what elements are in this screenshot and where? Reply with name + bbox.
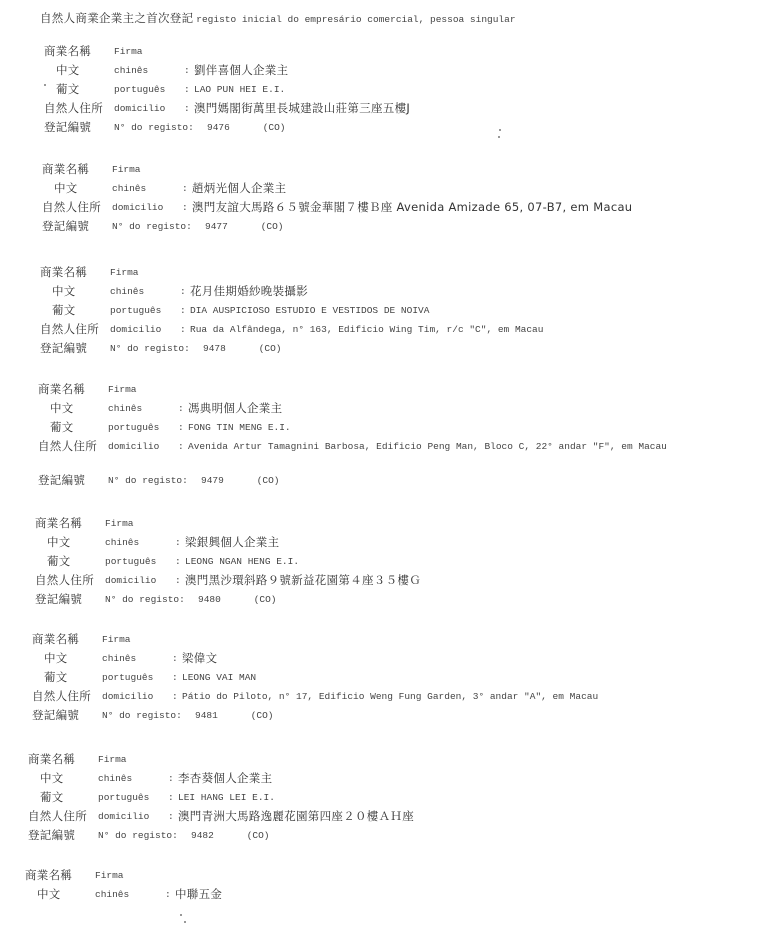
registo-value: 9477 (CO) (205, 217, 284, 236)
registo-label-zh: 登記編號 (40, 339, 87, 358)
portugues-row: 葡文 português : LEI HANG LEI E.I. (28, 788, 748, 807)
registo-label-pt: N° do registo: (105, 590, 185, 609)
portugues-label-zh: 葡文 (50, 418, 74, 437)
portugues-name-value: LEONG NGAN HENG E.I. (185, 552, 299, 571)
portugues-name-value: LAO PUN HEI E.I. (194, 80, 285, 99)
domicilio-label-pt: domicilio (105, 571, 156, 590)
registo-number: 9481 (195, 706, 245, 725)
firma-label-pt: Firma (105, 514, 134, 533)
portugues-label-zh: 葡文 (40, 788, 64, 807)
chines-row: 中文 chinês : 中聯五金 (25, 885, 745, 904)
registo-label-zh: 登記編號 (44, 118, 91, 137)
firma-heading-row: 商業名稱 Firma (44, 42, 759, 61)
chines-name-value: 花月佳期婚紗晚裝攝影 (190, 282, 308, 301)
domicilio-label-pt: domicilio (114, 99, 165, 118)
firma-label-pt: Firma (108, 380, 137, 399)
registo-suffix: (CO) (257, 475, 280, 486)
registo-value: 9481 (CO) (195, 706, 274, 725)
portugues-row: 葡文 português : DIA AUSPICIOSO ESTUDIO E … (40, 301, 759, 320)
chines-name-value: 趙炳光個人企業主 (192, 179, 286, 198)
domicilio-value: 澳門友誼大馬路６５號金華閣７樓Ｂ座 Avenida Amizade 65, 07… (192, 198, 632, 217)
firma-label-pt: Firma (112, 160, 141, 179)
registo-suffix: (CO) (261, 221, 284, 232)
firma-label-pt: Firma (95, 866, 124, 885)
firma-heading-row: 商業名稱 Firma (42, 160, 759, 179)
colon: : (180, 320, 186, 339)
portugues-name-value: FONG TIN MENG E.I. (188, 418, 291, 437)
portugues-label-pt: português (114, 80, 165, 99)
chines-label-pt: chinês (95, 885, 129, 904)
registo-label-zh: 登記編號 (35, 590, 82, 609)
domicilio-row: 自然人住所 domicilio : 澳門友誼大馬路６５號金華閣７樓Ｂ座 Aven… (42, 198, 759, 217)
portugues-name-value: LEONG VAI MAN (182, 668, 256, 687)
chines-row: 中文 chinês : 李杏葵個人企業主 (28, 769, 748, 788)
firma-heading-row: 商業名稱 Firma (32, 630, 752, 649)
domicilio-value: 澳門媽閣街萬里長城建設山莊第三座五樓J (194, 99, 410, 118)
firma-heading-row: 商業名稱 Firma (25, 866, 745, 885)
colon: : (172, 668, 178, 687)
portugues-row: 葡文 português : LEONG NGAN HENG E.I. (35, 552, 755, 571)
portugues-label-pt: português (102, 668, 153, 687)
registo-label-pt: N° do registo: (108, 471, 188, 490)
colon: : (182, 179, 188, 198)
portugues-label-pt: português (108, 418, 159, 437)
chines-label-zh: 中文 (56, 61, 80, 80)
firma-label-zh: 商業名稱 (32, 630, 79, 649)
firma-label-pt: Firma (98, 750, 127, 769)
portugues-label-pt: português (110, 301, 161, 320)
domicilio-label-pt: domicilio (98, 807, 149, 826)
registo-number: 9477 (205, 217, 255, 236)
domicilio-label-pt: domicilio (110, 320, 161, 339)
registo-row: 登記編號 N° do registo: 9477 (CO) (42, 217, 759, 236)
registo-row: 登記編號 N° do registo: 9482 (CO) (28, 826, 748, 845)
colon: : (184, 80, 190, 99)
domicilio-label-zh: 自然人住所 (32, 687, 91, 706)
chines-label-pt: chinês (114, 61, 148, 80)
colon: : (172, 687, 178, 706)
domicilio-value: Avenida Artur Tamagnini Barbosa, Edifici… (188, 439, 728, 454)
domicilio-row: 自然人住所 domicilio : Rua da Alfândega, n° 1… (40, 320, 759, 339)
portugues-name-value: LEI HANG LEI E.I. (178, 788, 275, 807)
colon: : (182, 198, 188, 217)
domicilio-label-zh: 自然人住所 (38, 437, 97, 456)
domicilio-label-zh: 自然人住所 (35, 571, 94, 590)
firma-heading-row: 商業名稱 Firma (35, 514, 755, 533)
scan-speck (180, 914, 182, 916)
colon: : (184, 99, 190, 118)
registo-label-pt: N° do registo: (112, 217, 192, 236)
registo-label-pt: N° do registo: (114, 118, 194, 137)
domicilio-label-pt: domicilio (112, 198, 163, 217)
domicilio-row: 自然人住所 domicilio : 澳門媽閣街萬里長城建設山莊第三座五樓J (44, 99, 759, 118)
portugues-label-zh: 葡文 (47, 552, 71, 571)
firma-label-zh: 商業名稱 (44, 42, 91, 61)
registo-number: 9476 (207, 118, 257, 137)
chines-label-pt: chinês (98, 769, 132, 788)
domicilio-label-zh: 自然人住所 (42, 198, 101, 217)
chines-row: 中文 chinês : 劉伴喜個人企業主 (44, 61, 759, 80)
registo-label-zh: 登記編號 (32, 706, 79, 725)
domicilio-value: 澳門青洲大馬路逸麗花園第四座２０樓ＡＨ座 (178, 807, 414, 826)
registo-row: 登記編號 N° do registo: 9480 (CO) (35, 590, 755, 609)
registry-entry: 商業名稱 Firma 中文 chinês : 中聯五金 (25, 866, 745, 904)
domicilio-value: Pátio do Piloto, n° 17, Edificio Weng Fu… (182, 687, 598, 706)
colon: : (168, 769, 174, 788)
domicilio-row: 自然人住所 domicilio : Pátio do Piloto, n° 17… (32, 687, 752, 706)
domicilio-value: Rua da Alfândega, n° 163, Edificio Wing … (190, 320, 543, 339)
chines-label-zh: 中文 (40, 769, 64, 788)
portugues-label-pt: português (105, 552, 156, 571)
chines-label-zh: 中文 (37, 885, 61, 904)
registo-label-pt: N° do registo: (98, 826, 178, 845)
registo-row: 登記編號 N° do registo: 9478 (CO) (40, 339, 759, 358)
registry-entry: 商業名稱 Firma 中文 chinês : 花月佳期婚紗晚裝攝影 葡文 por… (40, 263, 759, 358)
chines-label-pt: chinês (110, 282, 144, 301)
domicilio-label-pt: domicilio (102, 687, 153, 706)
firma-label-pt: Firma (102, 630, 131, 649)
chines-row: 中文 chinês : 趙炳光個人企業主 (42, 179, 759, 198)
scan-speck (184, 921, 186, 923)
portugues-label-zh: 葡文 (56, 80, 80, 99)
colon: : (180, 282, 186, 301)
registo-value: 9480 (CO) (198, 590, 277, 609)
colon: : (168, 807, 174, 826)
chines-label-pt: chinês (108, 399, 142, 418)
chines-label-pt: chinês (105, 533, 139, 552)
domicilio-row: 自然人住所 domicilio : 澳門青洲大馬路逸麗花園第四座２０樓ＡＨ座 (28, 807, 748, 826)
chines-label-zh: 中文 (47, 533, 71, 552)
colon: : (178, 418, 184, 437)
firma-heading-row: 商業名稱 Firma (40, 263, 759, 282)
domicilio-row: 自然人住所 domicilio : Avenida Artur Tamagnin… (38, 437, 758, 471)
colon: : (168, 788, 174, 807)
chines-name-value: 李杏葵個人企業主 (178, 769, 272, 788)
firma-label-zh: 商業名稱 (28, 750, 75, 769)
registo-number: 9480 (198, 590, 248, 609)
page-title-zh: 自然人商業企業主之首次登記 (40, 11, 193, 25)
chines-row: 中文 chinês : 梁偉文 (32, 649, 752, 668)
registry-entry: 商業名稱 Firma 中文 chinês : 李杏葵個人企業主 葡文 portu… (28, 750, 748, 845)
firma-heading-row: 商業名稱 Firma (38, 380, 758, 399)
registo-suffix: (CO) (259, 343, 282, 354)
chines-label-zh: 中文 (52, 282, 76, 301)
firma-label-zh: 商業名稱 (25, 866, 72, 885)
colon: : (180, 301, 186, 320)
registo-suffix: (CO) (247, 830, 270, 841)
firma-label-zh: 商業名稱 (35, 514, 82, 533)
registry-entry: 商業名稱 Firma 中文 chinês : 梁偉文 葡文 português … (32, 630, 752, 725)
page-title: 自然人商業企業主之首次登記 registo inicial do empresá… (40, 10, 516, 26)
colon: : (184, 61, 190, 80)
firma-label-zh: 商業名稱 (40, 263, 87, 282)
chines-row: 中文 chinês : 馮典明個人企業主 (38, 399, 758, 418)
registo-label-zh: 登記編號 (42, 217, 89, 236)
scan-speck (44, 84, 46, 86)
domicilio-label-zh: 自然人住所 (44, 99, 103, 118)
colon: : (178, 399, 184, 418)
registry-entry: 商業名稱 Firma 中文 chinês : 劉伴喜個人企業主 葡文 portu… (44, 42, 759, 137)
portugues-label-zh: 葡文 (52, 301, 76, 320)
portugues-label-pt: português (98, 788, 149, 807)
registo-suffix: (CO) (263, 122, 286, 133)
registo-label-zh: 登記編號 (38, 471, 85, 490)
chines-label-pt: chinês (112, 179, 146, 198)
colon: : (178, 437, 184, 456)
portugues-row: 葡文 português : LAO PUN HEI E.I. (44, 80, 759, 99)
chines-name-value: 中聯五金 (175, 885, 222, 904)
chines-label-pt: chinês (102, 649, 136, 668)
registo-label-pt: N° do registo: (110, 339, 190, 358)
chines-name-value: 劉伴喜個人企業主 (194, 61, 288, 80)
registo-value: 9478 (CO) (203, 339, 282, 358)
registo-row: 登記編號 N° do registo: 9479 (CO) (38, 471, 758, 490)
registry-entry: 商業名稱 Firma 中文 chinês : 梁銀興個人企業主 葡文 portu… (35, 514, 755, 609)
domicilio-label-zh: 自然人住所 (40, 320, 99, 339)
scan-speck (498, 136, 500, 138)
registo-value: 9476 (CO) (207, 118, 286, 137)
registo-number: 9482 (191, 826, 241, 845)
page-title-pt: registo inicial do empresário comercial,… (196, 14, 515, 25)
registry-entry: 商業名稱 Firma 中文 chinês : 馮典明個人企業主 葡文 portu… (38, 380, 758, 490)
registry-entry: 商業名稱 Firma 中文 chinês : 趙炳光個人企業主 自然人住所 do… (42, 160, 759, 236)
portugues-label-zh: 葡文 (44, 668, 68, 687)
domicilio-label-pt: domicilio (108, 437, 159, 456)
chines-label-zh: 中文 (50, 399, 74, 418)
chines-label-zh: 中文 (44, 649, 68, 668)
colon: : (175, 552, 181, 571)
domicilio-value: 澳門黑沙環斜路９號新益花園第４座３５樓Ｇ (185, 571, 421, 590)
registo-label-zh: 登記編號 (28, 826, 75, 845)
registo-label-pt: N° do registo: (102, 706, 182, 725)
portugues-row: 葡文 português : FONG TIN MENG E.I. (38, 418, 758, 437)
firma-heading-row: 商業名稱 Firma (28, 750, 748, 769)
chines-name-value: 梁偉文 (182, 649, 217, 668)
registo-row: 登記編號 N° do registo: 9481 (CO) (32, 706, 752, 725)
domicilio-row: 自然人住所 domicilio : 澳門黑沙環斜路９號新益花園第４座３５樓Ｇ (35, 571, 755, 590)
firma-label-zh: 商業名稱 (42, 160, 89, 179)
chines-row: 中文 chinês : 花月佳期婚紗晚裝攝影 (40, 282, 759, 301)
registo-number: 9478 (203, 339, 253, 358)
chines-name-value: 梁銀興個人企業主 (185, 533, 279, 552)
chines-name-value: 馮典明個人企業主 (188, 399, 282, 418)
registo-value: 9479 (CO) (201, 471, 280, 490)
portugues-row: 葡文 português : LEONG VAI MAN (32, 668, 752, 687)
registo-value: 9482 (CO) (191, 826, 270, 845)
chines-row: 中文 chinês : 梁銀興個人企業主 (35, 533, 755, 552)
portugues-name-value: DIA AUSPICIOSO ESTUDIO E VESTIDOS DE NOI… (190, 301, 429, 320)
registo-row: 登記編號 N° do registo: 9476 (CO) (44, 118, 759, 137)
registo-suffix: (CO) (254, 594, 277, 605)
registo-suffix: (CO) (251, 710, 274, 721)
firma-label-zh: 商業名稱 (38, 380, 85, 399)
colon: : (175, 571, 181, 590)
colon: : (165, 885, 171, 904)
firma-label-pt: Firma (114, 42, 143, 61)
domicilio-label-zh: 自然人住所 (28, 807, 87, 826)
colon: : (172, 649, 178, 668)
colon: : (175, 533, 181, 552)
firma-label-pt: Firma (110, 263, 139, 282)
registo-number: 9479 (201, 471, 251, 490)
scan-speck (499, 129, 501, 131)
chines-label-zh: 中文 (54, 179, 78, 198)
